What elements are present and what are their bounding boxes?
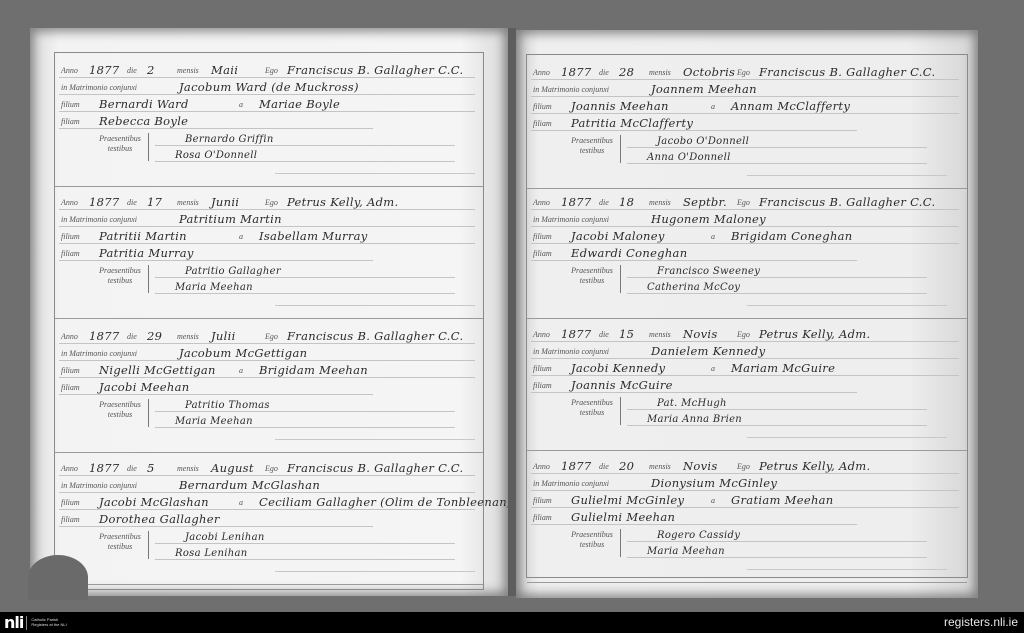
record-year: 1877 bbox=[561, 65, 591, 79]
groom-mother: Ceciliam Gallagher (Olim de Tonbleenan) bbox=[259, 495, 512, 509]
marriage-record: Anno 1877 die 20 mensis Novis Ego Petrus… bbox=[527, 451, 967, 583]
brace bbox=[620, 529, 624, 557]
record-month: Novis bbox=[683, 459, 718, 473]
groom-mother: Mariae Boyle bbox=[259, 97, 340, 111]
bride-line: filiam Dorothea Gallagher bbox=[59, 510, 373, 527]
witness-2: Maria Meehan bbox=[647, 546, 725, 557]
anno-label: Anno bbox=[533, 330, 550, 339]
in-matrimonio-label: in Matrimonio conjunxi bbox=[61, 349, 137, 358]
record-month: Julii bbox=[211, 329, 236, 343]
record-day: 2 bbox=[147, 63, 155, 77]
in-matrimonio-label: in Matrimonio conjunxi bbox=[533, 85, 609, 94]
et-label: a bbox=[711, 102, 715, 111]
witnesses-block: Praesentibustestibus Rogero Cassidy Mari… bbox=[567, 527, 927, 561]
marriage-record: Anno 1877 die 29 mensis Julii Ego Franci… bbox=[55, 321, 483, 453]
filium-label: filium bbox=[533, 496, 552, 505]
die-label: die bbox=[127, 464, 137, 473]
filium-label: filium bbox=[533, 364, 552, 373]
register-image-viewer[interactable]: Anno 1877 die 2 mensis Maii Ego Francisc… bbox=[0, 0, 1024, 612]
brace bbox=[148, 265, 152, 293]
et-label: a bbox=[711, 496, 715, 505]
witnesses-label: Praesentibustestibus bbox=[95, 532, 145, 552]
ruled-line bbox=[275, 173, 475, 174]
ruled-line bbox=[275, 439, 475, 440]
witness-line: Jacobo O'Donnell bbox=[627, 133, 927, 148]
anno-label: Anno bbox=[61, 464, 78, 473]
groom-parents-line: filium Jacobi McGlashan a Ceciliam Galla… bbox=[59, 493, 475, 510]
record-date-line: Anno 1877 die 5 mensis August Ego Franci… bbox=[59, 459, 475, 476]
die-label: die bbox=[127, 66, 137, 75]
filiam-label: filiam bbox=[61, 515, 80, 524]
filiam-label: filiam bbox=[533, 249, 552, 258]
groom-name: Jacobum McGettigan bbox=[179, 346, 307, 360]
page-frame: Anno 1877 die 28 mensis Octobris Ego Fra… bbox=[526, 54, 968, 578]
bride-name: Jacobi Meehan bbox=[99, 380, 189, 394]
ruled-line bbox=[747, 305, 947, 306]
groom-name: Hugonem Maloney bbox=[651, 212, 766, 226]
filium-label: filium bbox=[61, 232, 80, 241]
record-month: Novis bbox=[683, 327, 718, 341]
ruled-line bbox=[747, 175, 947, 176]
witnesses-label: Praesentibustestibus bbox=[95, 400, 145, 420]
bride-name: Patritia Murray bbox=[99, 246, 194, 260]
groom-father: Gulielmi McGinley bbox=[571, 493, 684, 507]
witness-line: Anna O'Donnell bbox=[627, 149, 927, 164]
groom-name: Bernardum McGlashan bbox=[179, 478, 320, 492]
et-label: a bbox=[239, 366, 243, 375]
ego-label: Ego bbox=[737, 68, 750, 77]
witness-2: Maria Meehan bbox=[175, 282, 253, 293]
witness-1: Francisco Sweeney bbox=[657, 266, 760, 277]
filium-label: filium bbox=[61, 498, 80, 507]
witnesses-block: Praesentibustestibus Jacobi Lenihan Rosa… bbox=[95, 529, 455, 563]
witness-2: Rosa Lenihan bbox=[175, 548, 247, 559]
groom-parents-line: filium Bernardi Ward a Mariae Boyle bbox=[59, 95, 475, 112]
record-month: Maii bbox=[211, 63, 238, 77]
groom-name: Patritium Martin bbox=[179, 212, 282, 226]
et-label: a bbox=[239, 100, 243, 109]
record-date-line: Anno 1877 die 15 mensis Novis Ego Petrus… bbox=[531, 325, 959, 342]
groom-line: in Matrimonio conjunxi Joannem Meehan bbox=[531, 80, 959, 97]
mensis-label: mensis bbox=[649, 198, 671, 207]
in-matrimonio-label: in Matrimonio conjunxi bbox=[61, 215, 137, 224]
groom-name: Danielem Kennedy bbox=[651, 344, 765, 358]
record-day: 5 bbox=[147, 461, 155, 475]
record-year: 1877 bbox=[89, 63, 119, 77]
record-date-line: Anno 1877 die 17 mensis Junii Ego Petrus… bbox=[59, 193, 475, 210]
record-day: 15 bbox=[619, 327, 634, 341]
bride-line: filiam Gulielmi Meehan bbox=[531, 508, 857, 525]
ego-label: Ego bbox=[737, 462, 750, 471]
witnesses-label: Praesentibustestibus bbox=[567, 266, 617, 286]
officiating-priest: Petrus Kelly, Adm. bbox=[287, 195, 398, 209]
witness-line: Patritio Thomas bbox=[155, 397, 455, 412]
in-matrimonio-label: in Matrimonio conjunxi bbox=[61, 481, 137, 490]
brace bbox=[148, 399, 152, 427]
officiating-priest: Franciscus B. Gallagher C.C. bbox=[287, 329, 463, 343]
groom-parents-line: filium Patritii Martin a Isabellam Murra… bbox=[59, 227, 475, 244]
anno-label: Anno bbox=[533, 198, 550, 207]
brace bbox=[620, 135, 624, 163]
mensis-label: mensis bbox=[177, 198, 199, 207]
brace bbox=[148, 133, 152, 161]
mensis-label: mensis bbox=[177, 66, 199, 75]
witness-1: Patritio Gallagher bbox=[185, 266, 281, 277]
in-matrimonio-label: in Matrimonio conjunxi bbox=[61, 83, 137, 92]
filium-label: filium bbox=[533, 102, 552, 111]
witnesses-label: Praesentibustestibus bbox=[95, 134, 145, 154]
groom-line: in Matrimonio conjunxi Dionysium McGinle… bbox=[531, 474, 959, 491]
witnesses-block: Praesentibustestibus Patritio Thomas Mar… bbox=[95, 397, 455, 431]
et-label: a bbox=[239, 232, 243, 241]
groom-parents-line: filium Jacobi Maloney a Brigidam Conegha… bbox=[531, 227, 959, 244]
mensis-label: mensis bbox=[649, 330, 671, 339]
groom-name: Dionysium McGinley bbox=[651, 476, 777, 490]
filiam-label: filiam bbox=[61, 117, 80, 126]
record-year: 1877 bbox=[89, 329, 119, 343]
record-day: 20 bbox=[619, 459, 634, 473]
groom-father: Jacobi Maloney bbox=[571, 229, 665, 243]
bride-name: Patritia McClafferty bbox=[571, 116, 693, 130]
record-month: Octobris bbox=[683, 65, 735, 79]
filiam-label: filiam bbox=[61, 249, 80, 258]
bride-name: Rebecca Boyle bbox=[99, 114, 188, 128]
witness-line: Maria Meehan bbox=[155, 413, 455, 428]
groom-line: in Matrimonio conjunxi Bernardum McGlash… bbox=[59, 476, 475, 493]
witness-line: Maria Meehan bbox=[155, 279, 455, 294]
record-year: 1877 bbox=[561, 195, 591, 209]
bride-line: filiam Joannis McGuire bbox=[531, 376, 857, 393]
et-label: a bbox=[711, 232, 715, 241]
record-date-line: Anno 1877 die 29 mensis Julii Ego Franci… bbox=[59, 327, 475, 344]
in-matrimonio-label: in Matrimonio conjunxi bbox=[533, 347, 609, 356]
bride-line: filiam Jacobi Meehan bbox=[59, 378, 373, 395]
groom-mother: Isabellam Murray bbox=[259, 229, 368, 243]
witness-line: Maria Meehan bbox=[627, 543, 927, 558]
witnesses-block: Praesentibustestibus Bernardo Griffin Ro… bbox=[95, 131, 455, 165]
witness-line: Maria Anna Brien bbox=[627, 411, 927, 426]
witness-1: Rogero Cassidy bbox=[657, 530, 740, 541]
groom-line: in Matrimonio conjunxi Danielem Kennedy bbox=[531, 342, 959, 359]
right-register-page: Anno 1877 die 28 mensis Octobris Ego Fra… bbox=[516, 30, 978, 598]
witness-1: Bernardo Griffin bbox=[185, 134, 274, 145]
record-date-line: Anno 1877 die 2 mensis Maii Ego Francisc… bbox=[59, 61, 475, 78]
filium-label: filium bbox=[533, 232, 552, 241]
marriage-record: Anno 1877 die 15 mensis Novis Ego Petrus… bbox=[527, 319, 967, 451]
witness-line: Bernardo Griffin bbox=[155, 131, 455, 146]
ruled-line bbox=[275, 571, 475, 572]
witness-line: Francisco Sweeney bbox=[627, 263, 927, 278]
record-date-line: Anno 1877 die 28 mensis Octobris Ego Fra… bbox=[531, 63, 959, 80]
filiam-label: filiam bbox=[533, 381, 552, 390]
brace bbox=[620, 397, 624, 425]
witness-line: Rogero Cassidy bbox=[627, 527, 927, 542]
filiam-label: filiam bbox=[533, 119, 552, 128]
filium-label: filium bbox=[61, 100, 80, 109]
filiam-label: filiam bbox=[533, 513, 552, 522]
groom-father: Jacobi McGlashan bbox=[99, 495, 209, 509]
witnesses-label: Praesentibustestibus bbox=[567, 136, 617, 156]
record-month: Junii bbox=[211, 195, 239, 209]
die-label: die bbox=[127, 332, 137, 341]
mensis-label: mensis bbox=[649, 462, 671, 471]
bride-line: filiam Patritia McClafferty bbox=[531, 114, 857, 131]
bride-name: Gulielmi Meehan bbox=[571, 510, 675, 524]
marriage-record: Anno 1877 die 28 mensis Octobris Ego Fra… bbox=[527, 57, 967, 189]
et-label: a bbox=[239, 498, 243, 507]
witness-line: Rosa O'Donnell bbox=[155, 147, 455, 162]
groom-line: in Matrimonio conjunxi Patritium Martin bbox=[59, 210, 475, 227]
officiating-priest: Petrus Kelly, Adm. bbox=[759, 459, 870, 473]
record-day: 17 bbox=[147, 195, 162, 209]
witness-1: Jacobi Lenihan bbox=[185, 532, 265, 543]
in-matrimonio-label: in Matrimonio conjunxi bbox=[533, 479, 609, 488]
bride-name: Dorothea Gallagher bbox=[99, 512, 220, 526]
die-label: die bbox=[599, 462, 609, 471]
witness-1: Patritio Thomas bbox=[185, 400, 270, 411]
left-register-page: Anno 1877 die 2 mensis Maii Ego Francisc… bbox=[30, 28, 508, 596]
officiating-priest: Franciscus B. Gallagher C.C. bbox=[759, 65, 935, 79]
ruled-line bbox=[747, 569, 947, 570]
ruled-line bbox=[747, 437, 947, 438]
witness-line: Patritio Gallagher bbox=[155, 263, 455, 278]
witness-1: Pat. McHugh bbox=[657, 398, 727, 409]
groom-father: Patritii Martin bbox=[99, 229, 187, 243]
groom-line: in Matrimonio conjunxi Hugonem Maloney bbox=[531, 210, 959, 227]
witnesses-label: Praesentibustestibus bbox=[567, 398, 617, 418]
groom-parents-line: filium Jacobi Kennedy a Mariam McGuire bbox=[531, 359, 959, 376]
bride-line: filiam Edwardi Coneghan bbox=[531, 244, 857, 261]
bride-line: filiam Rebecca Boyle bbox=[59, 112, 373, 129]
groom-line: in Matrimonio conjunxi Jacobum Ward (de … bbox=[59, 78, 475, 95]
mensis-label: mensis bbox=[649, 68, 671, 77]
bride-name: Edwardi Coneghan bbox=[571, 246, 687, 260]
brace bbox=[620, 265, 624, 293]
bride-name: Joannis McGuire bbox=[571, 378, 673, 392]
anno-label: Anno bbox=[61, 66, 78, 75]
die-label: die bbox=[599, 330, 609, 339]
officiating-priest: Franciscus B. Gallagher C.C. bbox=[287, 461, 463, 475]
witness-line: Jacobi Lenihan bbox=[155, 529, 455, 544]
record-day: 29 bbox=[147, 329, 162, 343]
groom-father: Nigelli McGettigan bbox=[99, 363, 216, 377]
filiam-label: filiam bbox=[61, 383, 80, 392]
record-month: Septbr. bbox=[683, 195, 727, 209]
groom-name: Jacobum Ward (de Muckross) bbox=[179, 80, 359, 94]
record-year: 1877 bbox=[89, 461, 119, 475]
groom-mother: Mariam McGuire bbox=[731, 361, 835, 375]
record-day: 18 bbox=[619, 195, 634, 209]
witness-2: Rosa O'Donnell bbox=[175, 150, 257, 161]
groom-mother: Brigidam Coneghan bbox=[731, 229, 853, 243]
ruled-line bbox=[275, 305, 475, 306]
marriage-record: Anno 1877 die 18 mensis Septbr. Ego Fran… bbox=[527, 187, 967, 319]
groom-mother: Annam McClafferty bbox=[731, 99, 850, 113]
witnesses-block: Praesentibustestibus Pat. McHugh Maria A… bbox=[567, 395, 927, 429]
die-label: die bbox=[127, 198, 137, 207]
officiating-priest: Franciscus B. Gallagher C.C. bbox=[759, 195, 935, 209]
anno-label: Anno bbox=[61, 198, 78, 207]
groom-parents-line: filium Gulielmi McGinley a Gratiam Meeha… bbox=[531, 491, 959, 508]
witness-1: Jacobo O'Donnell bbox=[657, 136, 749, 147]
logo-divider bbox=[26, 616, 27, 630]
mensis-label: mensis bbox=[177, 332, 199, 341]
et-label: a bbox=[711, 364, 715, 373]
footer-bar: nli Catholic Parish Registers at the NLI… bbox=[0, 612, 1024, 633]
mensis-label: mensis bbox=[177, 464, 199, 473]
record-year: 1877 bbox=[89, 195, 119, 209]
groom-father: Bernardi Ward bbox=[99, 97, 189, 111]
site-url-link[interactable]: registers.nli.ie bbox=[944, 615, 1018, 629]
witness-2: Maria Anna Brien bbox=[647, 414, 742, 425]
bride-line: filiam Patritia Murray bbox=[59, 244, 373, 261]
witnesses-block: Praesentibustestibus Patritio Gallagher … bbox=[95, 263, 455, 297]
officiating-priest: Petrus Kelly, Adm. bbox=[759, 327, 870, 341]
record-year: 1877 bbox=[561, 459, 591, 473]
anno-label: Anno bbox=[61, 332, 78, 341]
groom-mother: Gratiam Meehan bbox=[731, 493, 834, 507]
nli-logo-mark: nli bbox=[4, 615, 23, 631]
ego-label: Ego bbox=[265, 66, 278, 75]
ego-label: Ego bbox=[265, 332, 278, 341]
groom-parents-line: filium Joannis Meehan a Annam McClaffert… bbox=[531, 97, 959, 114]
witnesses-block: Praesentibustestibus Jacobo O'Donnell An… bbox=[567, 133, 927, 167]
groom-father: Joannis Meehan bbox=[571, 99, 669, 113]
witness-line: Rosa Lenihan bbox=[155, 545, 455, 560]
record-month: August bbox=[211, 461, 254, 475]
witness-line: Pat. McHugh bbox=[627, 395, 927, 410]
record-day: 28 bbox=[619, 65, 634, 79]
groom-line: in Matrimonio conjunxi Jacobum McGettiga… bbox=[59, 344, 475, 361]
witnesses-label: Praesentibustestibus bbox=[567, 530, 617, 550]
ego-label: Ego bbox=[737, 198, 750, 207]
page-frame: Anno 1877 die 2 mensis Maii Ego Francisc… bbox=[54, 52, 484, 590]
marriage-record: Anno 1877 die 2 mensis Maii Ego Francisc… bbox=[55, 55, 483, 187]
anno-label: Anno bbox=[533, 462, 550, 471]
witness-2: Maria Meehan bbox=[175, 416, 253, 427]
officiating-priest: Franciscus B. Gallagher C.C. bbox=[287, 63, 463, 77]
ego-label: Ego bbox=[737, 330, 750, 339]
marriage-record: Anno 1877 die 5 mensis August Ego Franci… bbox=[55, 453, 483, 585]
record-date-line: Anno 1877 die 18 mensis Septbr. Ego Fran… bbox=[531, 193, 959, 210]
ego-label: Ego bbox=[265, 198, 278, 207]
groom-father: Jacobi Kennedy bbox=[571, 361, 665, 375]
nli-logo[interactable]: nli Catholic Parish Registers at the NLI bbox=[4, 614, 71, 631]
groom-parents-line: filium Nigelli McGettigan a Brigidam Mee… bbox=[59, 361, 475, 378]
brace bbox=[148, 531, 152, 559]
ego-label: Ego bbox=[265, 464, 278, 473]
die-label: die bbox=[599, 198, 609, 207]
nli-logo-text: Catholic Parish Registers at the NLI bbox=[31, 618, 71, 627]
witness-2: Anna O'Donnell bbox=[647, 152, 731, 163]
groom-mother: Brigidam Meehan bbox=[259, 363, 368, 377]
in-matrimonio-label: in Matrimonio conjunxi bbox=[533, 215, 609, 224]
record-date-line: Anno 1877 die 20 mensis Novis Ego Petrus… bbox=[531, 457, 959, 474]
witness-line: Catherina McCoy bbox=[627, 279, 927, 294]
groom-name: Joannem Meehan bbox=[651, 82, 757, 96]
die-label: die bbox=[599, 68, 609, 77]
scan-shadow bbox=[28, 555, 88, 600]
witnesses-block: Praesentibustestibus Francisco Sweeney C… bbox=[567, 263, 927, 297]
book-gutter bbox=[508, 28, 516, 596]
record-year: 1877 bbox=[561, 327, 591, 341]
marriage-record: Anno 1877 die 17 mensis Junii Ego Petrus… bbox=[55, 187, 483, 319]
filium-label: filium bbox=[61, 366, 80, 375]
witnesses-label: Praesentibustestibus bbox=[95, 266, 145, 286]
witness-2: Catherina McCoy bbox=[647, 282, 740, 293]
anno-label: Anno bbox=[533, 68, 550, 77]
